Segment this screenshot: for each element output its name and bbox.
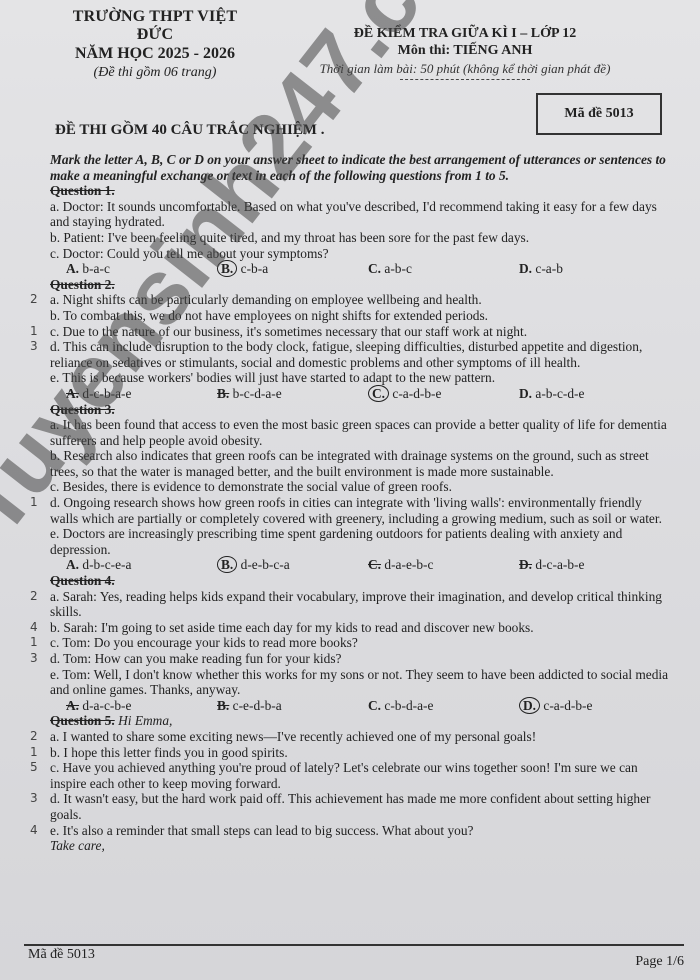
sentence-text: a. It has been found that access to even… <box>50 417 667 448</box>
exam-instruction-title: ĐỀ THI GỒM 40 CÂU TRẮC NGHIỆM . <box>55 122 324 139</box>
answer-option[interactable]: B. d-e-b-c-a <box>217 557 368 573</box>
option-text: b-a-c <box>82 261 110 276</box>
question-label: Question 3. <box>38 402 670 418</box>
option-letter: B. <box>217 556 237 573</box>
sentence-text: e. Tom: Well, I don't know whether this … <box>50 667 668 698</box>
question-sentence: 1c. Due to the nature of our business, i… <box>38 324 670 340</box>
question-label: Question 2. <box>38 277 670 293</box>
answer-option[interactable]: C. a-b-c <box>368 261 519 277</box>
answer-options: A. d-a-c-b-eB. c-e-d-b-aC. c-b-d-a-eD. c… <box>38 698 670 714</box>
option-letter: D. <box>519 261 532 276</box>
answer-options: A. d-b-c-e-aB. d-e-b-c-aC. d-a-e-b-cD. d… <box>38 557 670 573</box>
question-sentence: e. Doctors are increasingly prescribing … <box>38 526 670 557</box>
question-sentence: c. Doctor: Could you tell me about your … <box>38 246 670 262</box>
question-sentence: a. Doctor: It sounds uncomfortable. Base… <box>38 199 670 230</box>
handwritten-order-mark: 3 <box>30 791 38 807</box>
sentence-text: c. Tom: Do you encourage your kids to re… <box>50 635 358 650</box>
option-letter: D. <box>519 557 532 572</box>
question-sentence: b. To combat this, we do not have employ… <box>38 308 670 324</box>
sentence-text: b. Patient: I've been feeling quite tire… <box>50 230 529 245</box>
question-label: Question 4. <box>38 573 670 589</box>
option-text: d-a-c-b-e <box>82 698 131 713</box>
sentence-text: c. Besides, there is evidence to demonst… <box>50 479 452 494</box>
handwritten-order-mark: 2 <box>30 292 38 308</box>
question-number: Question 1. <box>50 183 115 198</box>
option-text: b-c-d-a-e <box>233 386 282 401</box>
school-header: TRƯỜNG THPT VIỆT ĐỨC NĂM HỌC 2025 - 2026… <box>55 8 255 81</box>
exam-subject: Môn thi: TIẾNG ANH <box>300 43 630 59</box>
handwritten-order-mark: 1 <box>30 495 38 511</box>
answer-option[interactable]: D. a-b-c-d-e <box>519 386 670 402</box>
handwritten-order-mark: 5 <box>30 760 38 776</box>
sentence-text: a. Night shifts can be particularly dema… <box>50 292 482 307</box>
option-text: c-a-b <box>535 261 563 276</box>
handwritten-order-mark: 2 <box>30 589 38 605</box>
answer-option[interactable]: B. c-b-a <box>217 261 368 277</box>
handwritten-order-mark: 3 <box>30 651 38 667</box>
option-letter: A. <box>66 386 79 401</box>
question-sentence: 3d. Tom: How can you make reading fun fo… <box>38 651 670 667</box>
footer-page-number: Page 1/6 <box>635 954 684 970</box>
option-text: c-b-d-a-e <box>384 698 433 713</box>
question-sentence: c. Besides, there is evidence to demonst… <box>38 479 670 495</box>
sentence-text: a. Doctor: It sounds uncomfortable. Base… <box>50 199 657 230</box>
option-text: a-b-c <box>384 261 412 276</box>
answer-option[interactable]: B. c-e-d-b-a <box>217 698 368 714</box>
question-sentence: 2a. Sarah: Yes, reading helps kids expan… <box>38 589 670 620</box>
question-sentence: b. Research also indicates that green ro… <box>38 448 670 479</box>
option-text: c-b-a <box>241 261 269 276</box>
letter-greeting: Hi Emma, <box>118 713 172 728</box>
question-sentence: 2a. Night shifts can be particularly dem… <box>38 292 670 308</box>
handwritten-order-mark: 4 <box>30 620 38 636</box>
sentence-text: c. Due to the nature of our business, it… <box>50 324 527 339</box>
question-label: Question 1. <box>38 183 670 199</box>
question-sentence: 3d. This can include disruption to the b… <box>38 339 670 370</box>
option-text: c-a-d-b-e <box>392 386 441 401</box>
exam-duration: Thời gian làm bài: 50 phút (không kể thờ… <box>300 61 630 77</box>
answer-option[interactable]: D. c-a-b <box>519 261 670 277</box>
question-sentence: b. Patient: I've been feeling quite tire… <box>38 230 670 246</box>
questions-section: Mark the letter A, B, C or D on your ans… <box>38 152 670 854</box>
question-sentence: 5c. Have you achieved anything you're pr… <box>38 760 670 791</box>
answer-option[interactable]: D. c-a-d-b-e <box>519 698 670 714</box>
sentence-text: d. It wasn't easy, but the hard work pai… <box>50 791 651 822</box>
option-text: d-e-b-c-a <box>241 557 290 572</box>
answer-option[interactable]: C. d-a-e-b-c <box>368 557 519 573</box>
handwritten-order-mark: 1 <box>30 745 38 761</box>
dashed-divider <box>400 79 530 86</box>
exam-page: TRƯỜNG THPT VIỆT ĐỨC NĂM HỌC 2025 - 2026… <box>0 0 700 980</box>
option-text: d-a-e-b-c <box>384 557 433 572</box>
exam-title: ĐỀ KIỂM TRA GIỮA KÌ I – LỚP 12 <box>300 26 630 42</box>
option-text: c-a-d-b-e <box>543 698 592 713</box>
question-sentence: 2a. I wanted to share some exciting news… <box>38 729 670 745</box>
answer-option[interactable]: A. d-c-b-a-e <box>66 386 217 402</box>
question-label: Question 5. Hi Emma, <box>38 713 670 729</box>
sentence-text: d. This can include disruption to the bo… <box>50 339 642 370</box>
sentence-text: c. Have you achieved anything you're pro… <box>50 760 638 791</box>
page-count-note: (Đề thi gồm 06 trang) <box>55 65 255 81</box>
sentence-text: e. Doctors are increasingly prescribing … <box>50 526 622 557</box>
exam-header: ĐỀ KIỂM TRA GIỮA KÌ I – LỚP 12 Môn thi: … <box>300 26 630 86</box>
sentence-text: c. Doctor: Could you tell me about your … <box>50 246 329 261</box>
question-sentence: e. Tom: Well, I don't know whether this … <box>38 667 670 698</box>
question-number: Question 5. <box>50 713 115 728</box>
option-letter: A. <box>66 557 79 572</box>
answer-option[interactable]: A. d-b-c-e-a <box>66 557 217 573</box>
sentence-text: d. Ongoing research shows how green roof… <box>50 495 662 526</box>
option-letter: C. <box>368 698 381 713</box>
question-sentence: a. It has been found that access to even… <box>38 417 670 448</box>
option-letter: B. <box>217 698 229 713</box>
handwritten-order-mark: 3 <box>30 339 38 355</box>
footer-divider <box>24 944 684 946</box>
sentence-text: e. It's also a reminder that small steps… <box>50 823 473 838</box>
question-sentence: 3d. It wasn't easy, but the hard work pa… <box>38 791 670 822</box>
option-text: d-c-b-a-e <box>82 386 131 401</box>
question-sentence: 1b. I hope this letter finds you in good… <box>38 745 670 761</box>
option-text: d-c-a-b-e <box>535 557 584 572</box>
answer-option[interactable]: B. b-c-d-a-e <box>217 386 368 402</box>
question-sentence: e. This is because workers' bodies will … <box>38 370 670 386</box>
sentence-text: e. This is because workers' bodies will … <box>50 370 495 385</box>
sentence-text: d. Tom: How can you make reading fun for… <box>50 651 341 666</box>
letter-sign-off: Take care, <box>38 838 670 854</box>
question-number: Question 2. <box>50 277 115 292</box>
option-letter: D. <box>519 386 532 401</box>
answer-option[interactable]: C. c-b-d-a-e <box>368 698 519 714</box>
question-sentence: 1c. Tom: Do you encourage your kids to r… <box>38 635 670 651</box>
answer-option[interactable]: A. b-a-c <box>66 261 217 277</box>
sentence-text: a. I wanted to share some exciting news—… <box>50 729 536 744</box>
option-text: d-b-c-e-a <box>82 557 131 572</box>
option-letter: A. <box>66 698 79 713</box>
option-letter: D. <box>519 697 540 714</box>
question-sentence: 4e. It's also a reminder that small step… <box>38 823 670 839</box>
sentence-text: b. I hope this letter finds you in good … <box>50 745 288 760</box>
sentence-text: a. Sarah: Yes, reading helps kids expand… <box>50 589 662 620</box>
option-letter: C. <box>368 557 381 572</box>
question-sentence: 4b. Sarah: I'm going to set aside time e… <box>38 620 670 636</box>
footer-exam-code: Mã đề 5013 <box>28 947 95 963</box>
option-text: c-e-d-b-a <box>233 698 282 713</box>
question-number: Question 3. <box>50 402 115 417</box>
answer-options: A. d-c-b-a-eB. b-c-d-a-eC. c-a-d-b-eD. a… <box>38 386 670 402</box>
handwritten-order-mark: 2 <box>30 729 38 745</box>
sentence-text: b. Research also indicates that green ro… <box>50 448 649 479</box>
answer-option[interactable]: C. c-a-d-b-e <box>368 386 519 402</box>
sentence-text: b. To combat this, we do not have employ… <box>50 308 488 323</box>
school-year: NĂM HỌC 2025 - 2026 <box>55 45 255 63</box>
option-text: a-b-c-d-e <box>535 386 584 401</box>
handwritten-order-mark: 1 <box>30 324 38 340</box>
question-sentence: 1d. Ongoing research shows how green roo… <box>38 495 670 526</box>
answer-options: A. b-a-cB. c-b-aC. a-b-cD. c-a-b <box>38 261 670 277</box>
option-letter: A. <box>66 261 79 276</box>
school-name: TRƯỜNG THPT VIỆT ĐỨC <box>55 8 255 44</box>
option-letter: B. <box>217 386 229 401</box>
question-number: Question 4. <box>50 573 115 588</box>
answer-option[interactable]: A. d-a-c-b-e <box>66 698 217 714</box>
answer-option[interactable]: D. d-c-a-b-e <box>519 557 670 573</box>
option-letter: B. <box>217 260 237 277</box>
exam-code-box: Mã đề 5013 <box>536 93 662 135</box>
handwritten-order-mark: 4 <box>30 823 38 839</box>
option-letter: C. <box>368 261 381 276</box>
handwritten-order-mark: 1 <box>30 635 38 651</box>
option-letter: C. <box>368 385 389 402</box>
section-instruction: Mark the letter A, B, C or D on your ans… <box>38 152 670 183</box>
sentence-text: b. Sarah: I'm going to set aside time ea… <box>50 620 534 635</box>
